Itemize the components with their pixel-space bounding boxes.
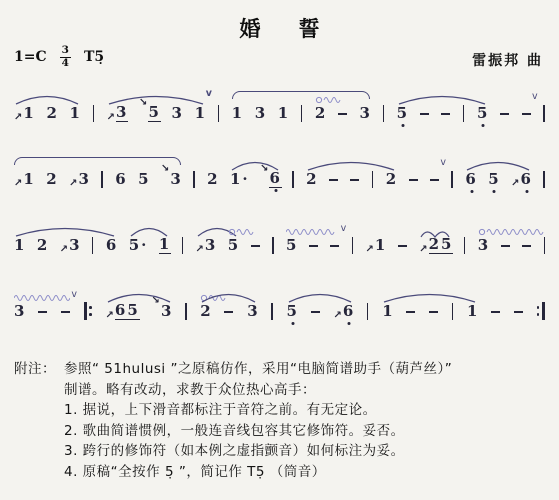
note: 1	[159, 234, 169, 254]
note: 2	[200, 300, 210, 320]
note: ↗3	[107, 102, 127, 122]
note: 1v	[195, 102, 205, 122]
breath-mark: v	[532, 92, 538, 101]
barline	[301, 105, 302, 122]
footnote-intro-line-1: 附注： 参照“ 51hulusi ”之原稿仿作，采用“电脑简谱助手（葫芦丝）”	[14, 359, 548, 380]
note: ↘5	[139, 102, 159, 122]
barline	[292, 171, 293, 188]
slide-down-icon: ↘	[139, 98, 147, 108]
barline	[185, 303, 186, 320]
breath-mark: v	[206, 89, 212, 98]
slide-up-icon: ↗	[366, 245, 374, 255]
vibrato-ornament	[14, 288, 70, 298]
note: 5·	[129, 234, 147, 254]
barline	[271, 303, 272, 320]
score: ↗121↗3↘531v1312355v ↗12↗365↘321·↘622v65↗…	[0, 64, 559, 328]
footnote-item-4: 4. 原稿“全按作 5̣ ”，简记作 T5̣ （筒音）	[14, 462, 548, 483]
barline	[218, 105, 219, 122]
dash	[329, 171, 338, 188]
footnote: 附注： 参照“ 51hulusi ”之原稿仿作，采用“电脑简谱助手（葫芦丝）” …	[14, 359, 548, 482]
score-line-4: 3v↗65↘3235↗611	[0, 262, 559, 328]
slide-up-icon: ↗	[419, 245, 427, 255]
repeat-open-sign	[84, 302, 92, 320]
vibrato-ornament	[286, 222, 339, 232]
score-line-1-notes: ↗121↗3↘531v1312355v	[14, 102, 545, 122]
dash	[350, 171, 359, 188]
note: ↗6	[333, 300, 353, 320]
note: ↗6	[511, 168, 531, 188]
footnote-intro-line-2: 制谱。略有改动，求教于众位热心高手：	[14, 380, 548, 401]
score-line-4-notes: 3v↗65↘3235↗611	[14, 300, 545, 320]
barline	[93, 105, 94, 122]
note: 2	[306, 168, 316, 188]
slide-up-icon: ↗	[69, 179, 77, 189]
score-line-2-notes: ↗12↗365↘321·↘622v65↗6	[14, 168, 545, 188]
note: 2	[386, 168, 396, 188]
sheet-music-page: 婚誓 1=C 3 4 T5̣ 雷振邦 曲 ↗121↗3↘531v1312355v…	[0, 0, 559, 500]
slide-down-icon: ↘	[161, 164, 169, 174]
dash	[420, 105, 429, 122]
slide-down-icon: ↘	[152, 296, 160, 306]
note: 1	[14, 234, 24, 254]
note: ↗3	[196, 234, 216, 254]
note: 5	[228, 234, 238, 254]
page-title: 婚誓	[0, 13, 559, 43]
barline	[451, 171, 452, 188]
footnote-label: 附注：	[14, 359, 64, 380]
barline	[367, 303, 368, 320]
note: 5	[286, 234, 296, 254]
note: ↗1	[366, 234, 386, 254]
dash	[514, 303, 523, 320]
dash	[500, 105, 509, 122]
footnote-intro-text-1: 参照“ 51hulusi ”之原稿仿作，采用“电脑简谱助手（葫芦丝）”	[64, 359, 452, 380]
dash	[522, 237, 531, 254]
note: 2	[37, 234, 47, 254]
note: 3	[247, 300, 257, 320]
slide-up-icon: ↗	[106, 311, 114, 321]
note: ↗3	[69, 168, 89, 188]
slide-up-icon: ↗	[333, 311, 341, 321]
note: 3	[478, 234, 488, 254]
slide-up-icon: ↗	[14, 113, 22, 123]
note: 3	[172, 102, 182, 122]
barline	[543, 105, 544, 122]
dash	[398, 237, 407, 254]
note: ↗3	[60, 234, 80, 254]
dash	[38, 303, 47, 320]
note: 6	[465, 168, 475, 188]
note: 3	[360, 102, 370, 122]
footnote-item-3: 3. 跨行的修饰符（如本例之虚指颤音）如何标注为妥。	[14, 441, 548, 462]
barline	[544, 237, 545, 254]
barline	[101, 171, 102, 188]
slide-up-icon: ↗	[511, 179, 519, 189]
barline	[452, 303, 453, 320]
breath-mark: v	[71, 290, 77, 299]
slide-up-icon: ↗	[196, 245, 204, 255]
score-line-3: 12↗365·1↗355v↗1↗253	[0, 196, 559, 262]
dash	[311, 303, 320, 320]
vibrato-ornament	[228, 222, 260, 232]
dash	[501, 237, 510, 254]
vibrato-ornament	[478, 222, 545, 232]
dash	[251, 237, 260, 254]
note: ↗65	[106, 300, 138, 320]
score-line-2: ↗12↗365↘321·↘622v65↗6	[0, 130, 559, 196]
slide-up-icon: ↗	[14, 179, 22, 189]
dash	[491, 303, 500, 320]
note: ↘3	[152, 300, 172, 320]
barline	[352, 237, 353, 254]
note: 3	[14, 300, 24, 320]
note: ↗25	[419, 234, 451, 254]
dash: v	[330, 237, 339, 254]
slide-up-icon: ↗	[107, 113, 115, 123]
barline	[92, 237, 93, 254]
barline	[543, 171, 544, 188]
dash	[406, 303, 415, 320]
dash: v	[61, 303, 70, 320]
barline	[372, 171, 373, 188]
note: 2	[315, 102, 325, 122]
note: 2	[46, 168, 56, 188]
note: 1	[382, 300, 392, 320]
slur	[232, 91, 370, 99]
note: 2	[207, 168, 217, 188]
dash	[429, 303, 438, 320]
slide-up-icon: ↗	[60, 245, 68, 255]
note: 1	[70, 102, 80, 122]
footnote-item-1-text: 1. 据说，上下滑音都标注于音符之前。有无定论。	[64, 400, 377, 421]
note: 5	[488, 168, 498, 188]
slide-down-icon: ↘	[260, 164, 268, 174]
barline	[464, 237, 465, 254]
barline	[193, 171, 194, 188]
note: 1	[232, 102, 242, 122]
vibrato-ornament	[200, 288, 226, 298]
barline	[383, 105, 384, 122]
note: ↘3	[161, 168, 181, 188]
footnote-item-2-text: 2. 歌曲简谱惯例，一般连音线包容其它修饰符。妥否。	[64, 421, 405, 442]
note: 5	[287, 300, 297, 320]
dash	[338, 105, 347, 122]
note: 6	[115, 168, 125, 188]
score-line-1: ↗121↗3↘531v1312355v	[0, 64, 559, 130]
footnote-item-3-text: 3. 跨行的修饰符（如本例之虚指颤音）如何标注为妥。	[64, 441, 405, 462]
note: ↗1	[14, 102, 34, 122]
note: 6	[106, 234, 116, 254]
footnote-item-2: 2. 歌曲简谱惯例，一般连音线包容其它修饰符。妥否。	[14, 421, 548, 442]
score-line-3-notes: 12↗365·1↗355v↗1↗253	[14, 234, 545, 254]
footnote-item-4-text: 4. 原稿“全按作 5̣ ”，简记作 T5̣ （筒音）	[64, 462, 326, 483]
note: ↘6	[260, 168, 280, 188]
dash	[224, 303, 233, 320]
vibrato-ornament	[315, 90, 347, 100]
dash	[409, 171, 418, 188]
dash	[441, 105, 450, 122]
note: 2	[46, 102, 56, 122]
tube-note-label: T5̣	[84, 49, 104, 65]
note: ↗1	[14, 168, 34, 188]
dash: v	[430, 171, 439, 188]
barline	[272, 237, 273, 254]
dash	[309, 237, 318, 254]
note: 5	[477, 102, 487, 122]
dash: v	[522, 105, 531, 122]
barline	[182, 237, 183, 254]
note: 1	[467, 300, 477, 320]
note: 3	[255, 102, 265, 122]
barline	[463, 105, 464, 122]
breath-mark: v	[440, 158, 446, 167]
note: 1	[278, 102, 288, 122]
repeat-close-sign	[537, 302, 545, 320]
time-signature-numerator: 3	[60, 45, 71, 58]
slur	[14, 157, 181, 165]
note: 1·	[230, 168, 248, 188]
breath-mark: v	[341, 224, 347, 233]
footnote-intro-text-2: 制谱。略有改动，求教于众位热心高手：	[64, 380, 316, 401]
note: 5	[138, 168, 148, 188]
footnote-item-1: 1. 据说，上下滑音都标注于音符之前。有无定论。	[14, 400, 548, 421]
note: 5	[397, 102, 407, 122]
key-label: 1=C	[14, 49, 47, 65]
